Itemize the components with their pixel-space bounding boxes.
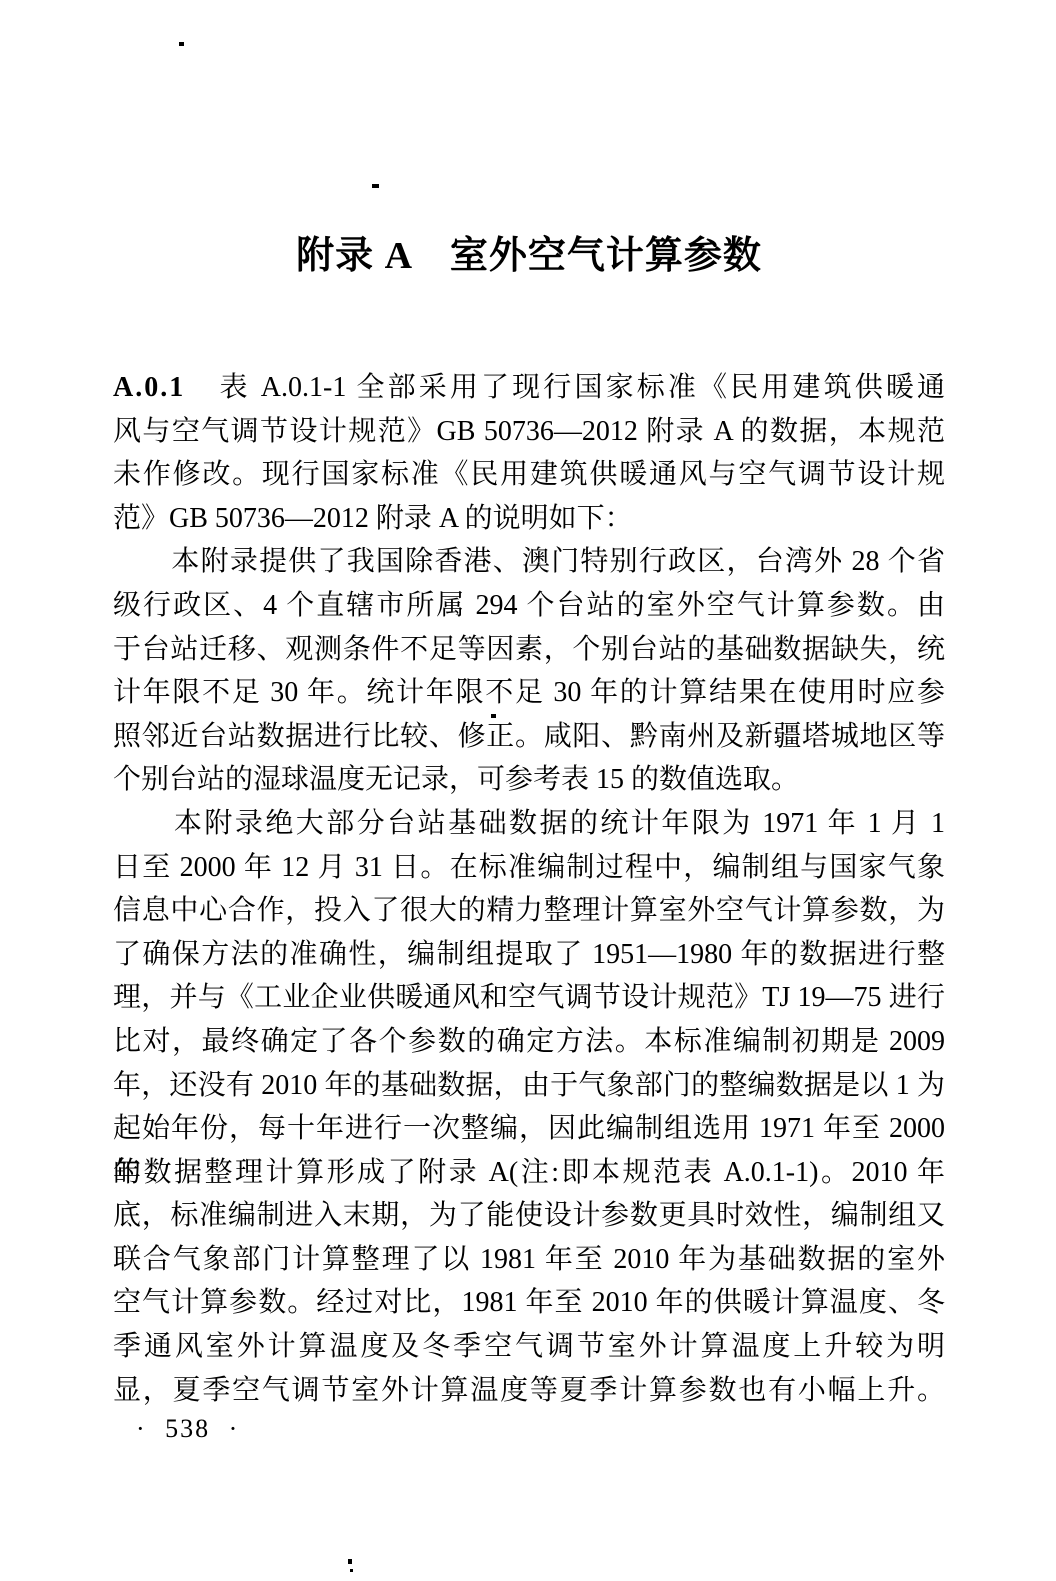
scan-speck (491, 714, 496, 718)
text-line: 空气计算参数。经过对比，1981 年至 2010 年的供暖计算温度、冬 (113, 1281, 945, 1325)
text-line: 联合气象部门计算整理了以 1981 年至 2010 年为基础数据的室外 (113, 1238, 945, 1282)
clause-number: A.0.1 (113, 372, 185, 403)
text-line: 本附录绝大部分台站基础数据的统计年限为 1971 年 1 月 1 (113, 802, 945, 846)
text-line: 级行政区、4 个直辖市所属 294 个台站的室外空气计算参数。由 (113, 584, 945, 628)
text-line: 理，并与《工业企业供暖通风和空气调节设计规范》TJ 19—75 进行 (113, 976, 945, 1020)
scan-speck (372, 184, 379, 188)
text-line: 风与空气调节设计规范》GB 50736—2012 附录 A 的数据，本规范 (113, 410, 945, 454)
text-line: 年，还没有 2010 年的基础数据，由于气象部门的整编数据是以 1 为 (113, 1064, 945, 1108)
text-line: 未作修改。现行国家标准《民用建筑供暖通风与空气调节设计规 (113, 453, 945, 497)
scan-speck (179, 42, 184, 46)
text-line: 季通风室外计算温度及冬季空气调节室外计算温度上升较为明 (113, 1325, 945, 1369)
text-line: 本附录提供了我国除香港、澳门特别行政区，台湾外 28 个省 (113, 540, 945, 584)
text-line: 显，夏季空气调节室外计算温度等夏季计算参数也有小幅上升。 (113, 1369, 945, 1413)
text-line: A.0.1 表 A.0.1-1 全部采用了现行国家标准《民用建筑供暖通 (113, 366, 945, 410)
page-number: · 538 · (136, 1414, 239, 1444)
text-line: 范》GB 50736—2012 附录 A 的说明如下： (113, 497, 945, 541)
page-title: 附录 A 室外空气计算参数 (113, 224, 945, 279)
text-line: 个别台站的湿球温度无记录，可参考表 15 的数值选取。 (113, 758, 945, 802)
text-line: 信息中心合作，投入了很大的精力整理计算室外空气计算参数，为 (113, 889, 945, 933)
scan-speck (350, 1569, 353, 1572)
text-line: 的数据整理计算形成了附录 A(注:即本规范表 A.0.1-1)。2010 年 (113, 1151, 945, 1195)
text-line: 日至 2000 年 12 月 31 日。在标准编制过程中，编制组与国家气象 (113, 846, 945, 890)
text-line: 比对，最终确定了各个参数的确定方法。本标准编制初期是 2009 (113, 1020, 945, 1064)
text-line: 照邻近台站数据进行比较、修正。咸阳、黔南州及新疆塔城地区等 (113, 715, 945, 759)
text-line: 底，标准编制进入末期，为了能使设计参数更具时效性，编制组又 (113, 1194, 945, 1238)
text-line: 了确保方法的准确性，编制组提取了 1951—1980 年的数据进行整 (113, 933, 945, 977)
scan-speck (348, 1559, 352, 1564)
text-line: 起始年份，每十年进行一次整编，因此编制组选用 1971 年至 2000 年 (113, 1107, 945, 1151)
text-line: 于台站迁移、观测条件不足等因素，个别台站的基础数据缺失，统 (113, 628, 945, 672)
document-page: 附录 A 室外空气计算参数 A.0.1 表 A.0.1-1 全部采用了现行国家标… (0, 0, 1056, 1581)
body-text: A.0.1 表 A.0.1-1 全部采用了现行国家标准《民用建筑供暖通风与空气调… (113, 366, 945, 1412)
text-line: 计年限不足 30 年。统计年限不足 30 年的计算结果在使用时应参 (113, 671, 945, 715)
